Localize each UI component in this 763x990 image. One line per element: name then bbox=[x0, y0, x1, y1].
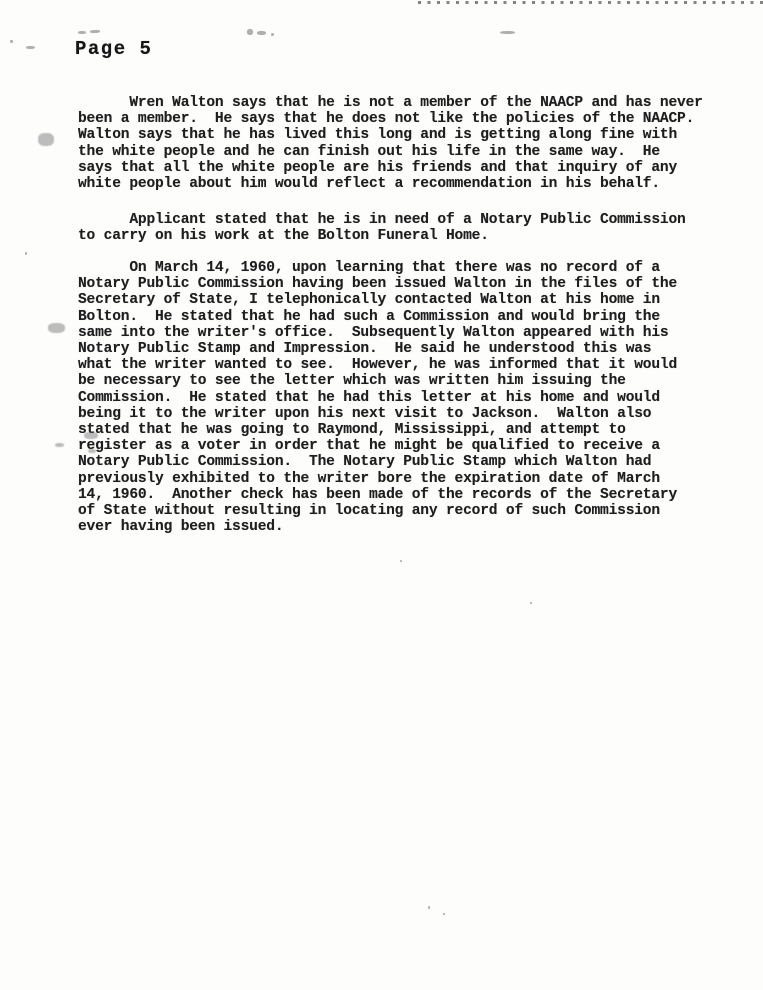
top-edge-dotted-line bbox=[418, 1, 763, 4]
scan-speck bbox=[78, 31, 86, 34]
scan-speck bbox=[500, 31, 515, 34]
scan-smudge bbox=[84, 432, 98, 439]
scan-speck bbox=[257, 31, 266, 35]
scan-smudge bbox=[48, 323, 65, 333]
scan-speck bbox=[428, 906, 430, 909]
scan-speck bbox=[10, 40, 13, 43]
paragraph-notary-need: Applicant stated that he is in need of a… bbox=[78, 212, 686, 244]
scan-smudge bbox=[55, 443, 64, 447]
scan-smudge bbox=[38, 133, 54, 146]
scan-speck bbox=[25, 252, 27, 255]
scanned-document-page: Page 5 Wren Walton says that he is not a… bbox=[0, 0, 763, 990]
scan-speck bbox=[90, 30, 100, 34]
scan-speck bbox=[247, 29, 253, 35]
paragraph-walton-naacp: Wren Walton says that he is not a member… bbox=[78, 95, 703, 192]
scan-speck bbox=[26, 46, 35, 49]
paragraph-commission-record: On March 14, 1960, upon learning that th… bbox=[78, 260, 677, 535]
scan-speck bbox=[400, 560, 402, 562]
scan-speck bbox=[271, 33, 274, 36]
page-number-label: Page 5 bbox=[75, 38, 152, 60]
scan-smudge bbox=[88, 449, 96, 453]
scan-speck bbox=[530, 602, 532, 604]
scan-speck bbox=[443, 913, 445, 915]
